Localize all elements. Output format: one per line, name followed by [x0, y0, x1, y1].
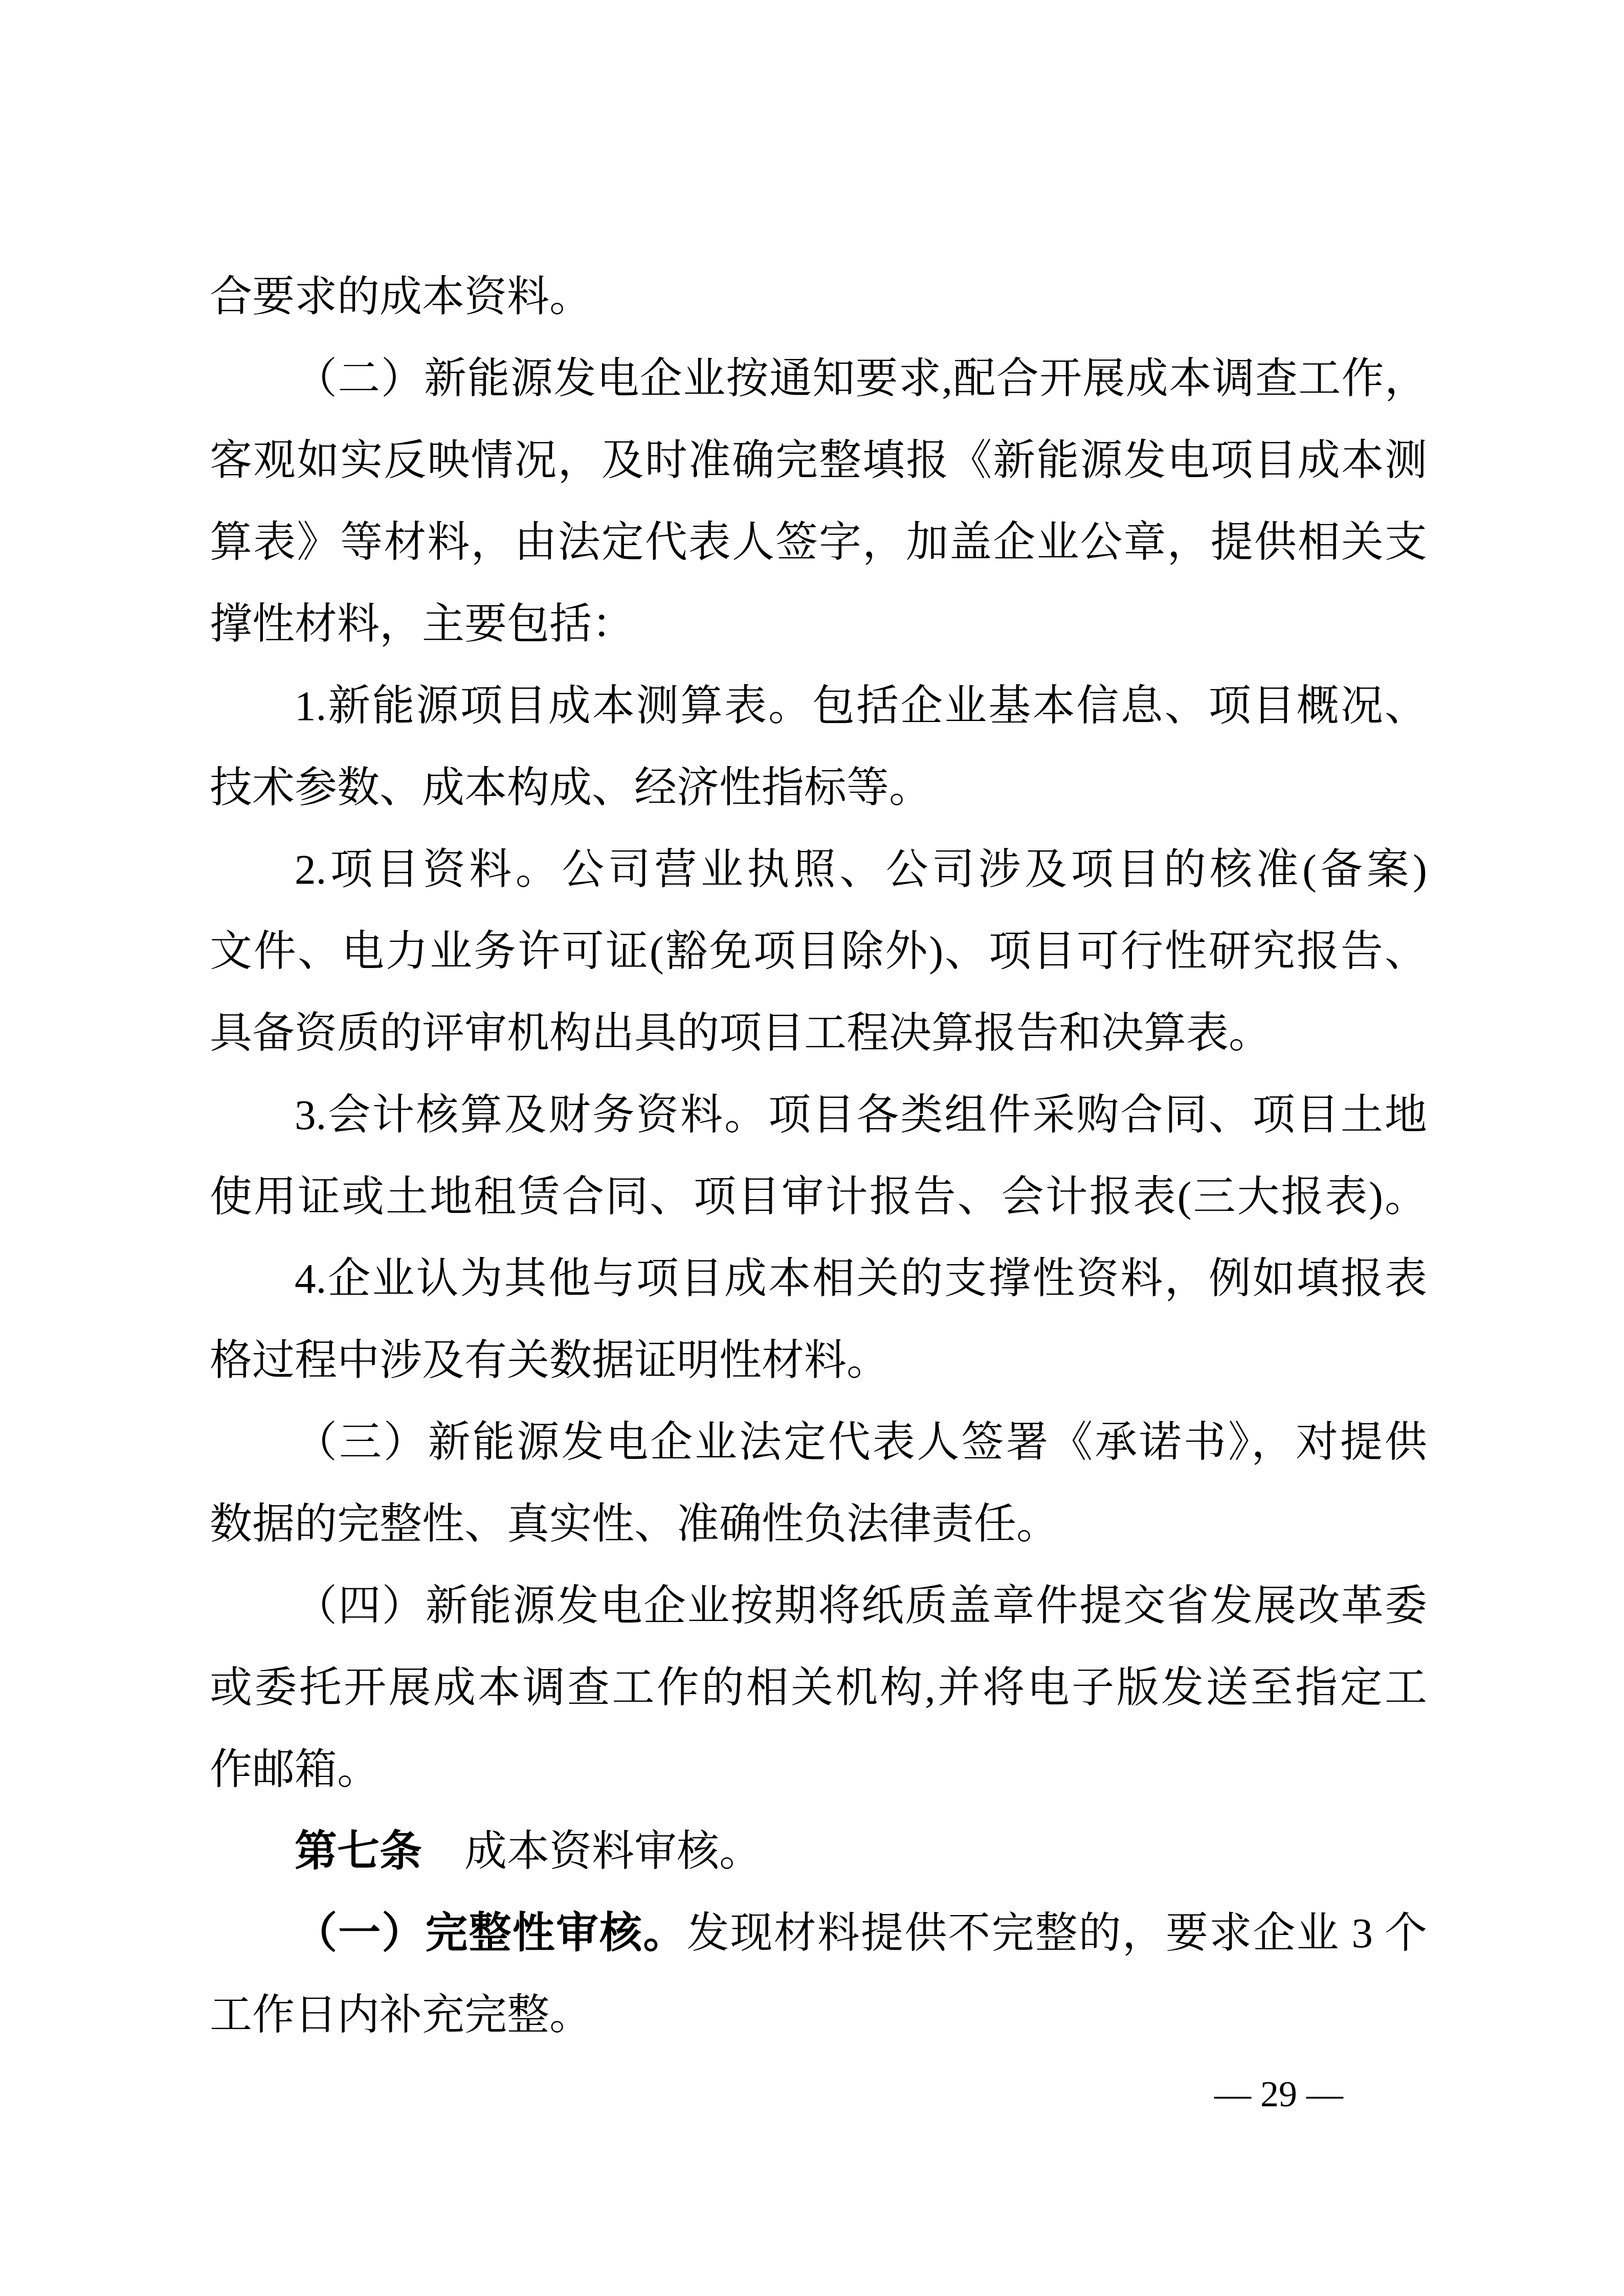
text-segment: 文件、电力业务许可证(豁免项目除外)、项目可行性研究报告、: [210, 928, 1427, 975]
text-line: 第七条 成本资料审核。: [210, 1810, 1427, 1892]
page-number: — 29 —: [1202, 2066, 1355, 2122]
text-segment: （三）新能源发电企业法定代表人签署《承诺书》，对提供: [295, 1419, 1427, 1466]
text-segment: 具备资质的评审机构出具的项目工程决算报告和决算表。: [210, 1009, 1271, 1056]
text-line: 具备资质的评审机构出具的项目工程决算报告和决算表。: [210, 992, 1427, 1074]
text-line: 技术参数、成本构成、经济性指标等。: [210, 747, 1427, 828]
text-line: （三）新能源发电企业法定代表人签署《承诺书》，对提供: [210, 1401, 1427, 1483]
text-line: 撑性材料，主要包括：: [210, 583, 1427, 665]
text-line: 工作日内补充完整。: [210, 1974, 1427, 2056]
text-segment: 合要求的成本资料。: [210, 273, 592, 320]
text-segment-emphasis: （一）完整性审核。: [295, 1909, 686, 1956]
text-line: 文件、电力业务许可证(豁免项目除外)、项目可行性研究报告、: [210, 910, 1427, 992]
text-segment: 作邮箱。: [210, 1746, 380, 1793]
text-line: 客观如实反映情况，及时准确完整填报《新能源发电项目成本测: [210, 419, 1427, 501]
document-page: 合要求的成本资料。（二）新能源发电企业按通知要求,配合开展成本调查工作，客观如实…: [0, 0, 1624, 2296]
text-segment: 技术参数、成本构成、经济性指标等。: [210, 764, 931, 811]
text-segment: 发现材料提供不完整的，要求企业 3 个: [686, 1909, 1427, 1956]
text-segment: 成本资料审核。: [422, 1828, 762, 1875]
text-segment: 2.项目资料。公司营业执照、公司涉及项目的核准(备案): [295, 846, 1427, 893]
text-segment: 数据的完整性、真实性、准确性负法律责任。: [210, 1500, 1059, 1547]
text-line: 算表》等材料，由法定代表人签字，加盖企业公章，提供相关支: [210, 501, 1427, 583]
text-line: （一）完整性审核。发现材料提供不完整的，要求企业 3 个: [210, 1892, 1427, 1974]
text-segment: （四）新能源发电企业按期将纸质盖章件提交省发展改革委: [295, 1582, 1427, 1629]
text-segment: 3.会计核算及财务资料。项目各类组件采购合同、项目土地: [295, 1091, 1427, 1138]
text-line: （四）新能源发电企业按期将纸质盖章件提交省发展改革委: [210, 1565, 1427, 1647]
text-segment: 工作日内补充完整。: [210, 1991, 592, 2038]
text-segment: 客观如实反映情况，及时准确完整填报《新能源发电项目成本测: [210, 437, 1427, 484]
text-segment: 4.企业认为其他与项目成本相关的支撑性资料，例如填报表: [295, 1255, 1427, 1302]
text-line: 作邮箱。: [210, 1728, 1427, 1810]
text-line: 3.会计核算及财务资料。项目各类组件采购合同、项目土地: [210, 1074, 1427, 1156]
text-line: 2.项目资料。公司营业执照、公司涉及项目的核准(备案): [210, 828, 1427, 910]
text-segment: 撑性材料，主要包括：: [210, 600, 634, 647]
text-segment: 格过程中涉及有关数据证明性材料。: [210, 1337, 889, 1384]
text-segment: 1.新能源项目成本测算表。包括企业基本信息、项目概况、: [295, 682, 1427, 729]
text-segment: 使用证或土地租赁合同、项目审计报告、会计报表(三大报表)。: [210, 1173, 1427, 1220]
text-line: 4.企业认为其他与项目成本相关的支撑性资料，例如填报表: [210, 1237, 1427, 1319]
text-line: 数据的完整性、真实性、准确性负法律责任。: [210, 1483, 1427, 1565]
text-line: 格过程中涉及有关数据证明性材料。: [210, 1319, 1427, 1401]
text-segment: （二）新能源发电企业按通知要求,配合开展成本调查工作，: [295, 355, 1427, 402]
text-segment-emphasis: 第七条: [295, 1827, 422, 1875]
text-line: （二）新能源发电企业按通知要求,配合开展成本调查工作，: [210, 337, 1427, 419]
text-segment: 算表》等材料，由法定代表人签字，加盖企业公章，提供相关支: [210, 519, 1427, 566]
text-segment: 或委托开展成本调查工作的相关机构,并将电子版发送至指定工: [210, 1664, 1427, 1711]
text-line: 合要求的成本资料。: [210, 256, 1427, 337]
text-line: 使用证或土地租赁合同、项目审计报告、会计报表(三大报表)。: [210, 1156, 1427, 1237]
text-line: 1.新能源项目成本测算表。包括企业基本信息、项目概况、: [210, 665, 1427, 747]
text-line: 或委托开展成本调查工作的相关机构,并将电子版发送至指定工: [210, 1647, 1427, 1728]
document-body: 合要求的成本资料。（二）新能源发电企业按通知要求,配合开展成本调查工作，客观如实…: [210, 256, 1427, 2056]
